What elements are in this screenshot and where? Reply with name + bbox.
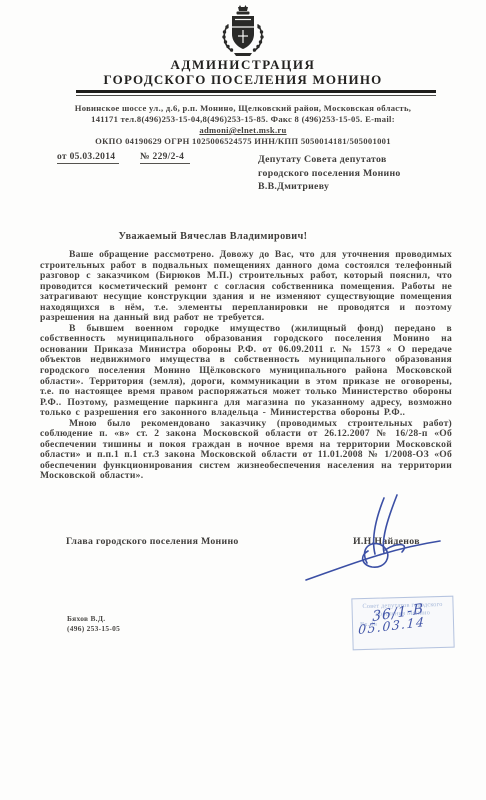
org-title: АДМИНИСТРАЦИЯ ГОРОДСКОГО ПОСЕЛЕНИЯ МОНИН…	[0, 57, 486, 88]
body-paragraph-3: Мною было рекомендовано заказчику (прово…	[40, 419, 452, 482]
recipient-block: Депутату Совета депутатов городского пос…	[258, 153, 458, 194]
recipient-line1: Депутату Совета депутатов	[258, 153, 458, 167]
email-link[interactable]: admoni@elnet.msk.ru	[199, 125, 286, 135]
letterhead-codes: ОКПО 04190629 ОГРН 1025006524575 ИНН/КПП…	[38, 136, 448, 147]
letterhead-phones: 141171 тел.8(496)253-15-04,8(496)253-15-…	[38, 114, 448, 125]
signatory-title: Глава городского поселения Монино	[66, 536, 239, 547]
org-name-line1: АДМИНИСТРАЦИЯ	[0, 57, 486, 72]
body-paragraph-2: В бывшем военном городке имущество (жили…	[40, 324, 452, 419]
letter-page: АДМИНИСТРАЦИЯ ГОРОДСКОГО ПОСЕЛЕНИЯ МОНИН…	[0, 0, 486, 800]
recipient-line2: городского поселения Монино	[258, 167, 458, 181]
recipient-line3: В.В.Дмитриеву	[258, 180, 458, 194]
incoming-registration-stamp: Совет депутатов городского поселения Мон…	[351, 596, 454, 651]
letterhead-contacts: Новинское шоссе ул., д.6, р.п. Монино, Щ…	[38, 103, 448, 147]
executor-name: Бяхов В.Д.	[67, 614, 120, 624]
outgoing-number: № 229/2-4	[140, 152, 190, 164]
handwritten-signature	[288, 492, 448, 587]
executor-phone: (496) 253-15-05	[67, 624, 120, 634]
outgoing-reference: от 05.03.2014 № 229/2-4	[57, 152, 190, 162]
org-name-line2: ГОРОДСКОГО ПОСЕЛЕНИЯ МОНИНО	[0, 72, 486, 88]
letterhead-divider	[76, 90, 436, 96]
outgoing-date: от 05.03.2014	[57, 152, 119, 164]
executor-block: Бяхов В.Д. (496) 253-15-05	[67, 614, 120, 633]
stamp-number-prefix: Вх. №	[353, 619, 453, 630]
letter-body: Ваше обращение рассмотрено. Довожу до Ва…	[40, 250, 452, 482]
salutation: Уважаемый Вячеслав Владимирович!	[0, 231, 426, 242]
body-paragraph-1: Ваше обращение рассмотрено. Довожу до Ва…	[40, 250, 452, 324]
letterhead-address: Новинское шоссе ул., д.6, р.п. Монино, Щ…	[38, 103, 448, 114]
monino-coat-of-arms-icon	[214, 5, 272, 62]
